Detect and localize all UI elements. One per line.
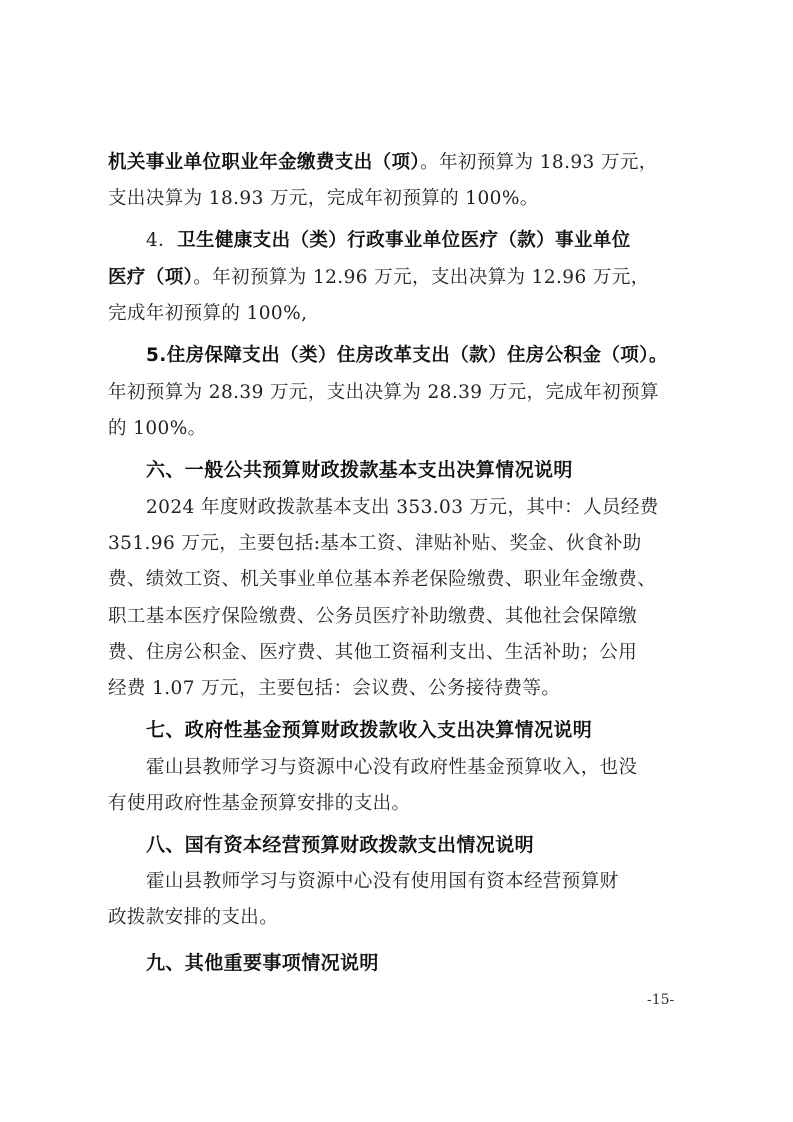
section-heading: 七、政府性基金预算财政拨款收入支出决算情况说明 xyxy=(146,718,592,742)
section-heading: 八、国有资本经营预算财政拨款支出情况说明 xyxy=(146,833,534,857)
text-line: 5.住房保障支出（类）住房改革支出（款）住房公积金（项）。 xyxy=(146,344,668,368)
text-line: 年初预算为 28.39 万元，支出决算为 28.39 万元，完成年初预算 xyxy=(108,381,659,405)
text-line: 费、住房公积金、医疗费、其他工资福利支出、生活补助；公用 xyxy=(108,641,637,665)
text-line: 机关事业单位职业年金缴费支出（项）。年初预算为 18.93 万元， xyxy=(108,151,658,175)
text-line: 351.96 万元，主要包括:基本工资、津贴补贴、奖金、伙食补助 xyxy=(108,532,642,556)
text-line: 医疗（项）。年初预算为 12.96 万元，支出决算为 12.96 万元， xyxy=(108,266,650,290)
text-line: 有使用政府性基金预算安排的支出。 xyxy=(108,792,410,816)
text-line: 职工基本医疗保险缴费、公务员医疗补助缴费、其他社会保障缴 xyxy=(108,605,637,629)
page-number: -15- xyxy=(647,992,674,1008)
text-line: 4．卫生健康支出（类）行政事业单位医疗（款）事业单位 xyxy=(146,229,631,253)
text-line: 霍山县教师学习与资源中心没有使用国有资本经营预算财 xyxy=(146,870,619,894)
text-line: 2024 年度财政拨款基本支出 353.03 万元，其中：人员经费 xyxy=(146,496,659,520)
section-heading: 六、一般公共预算财政拨款基本支出决算情况说明 xyxy=(146,458,573,482)
section-heading: 九、其他重要事项情况说明 xyxy=(146,951,379,975)
text-line: 经费 1.07 万元，主要包括：会议费、公务接待费等。 xyxy=(108,677,560,701)
text-line: 的 100%。 xyxy=(108,417,207,441)
text-line: 完成年初预算的 100%, xyxy=(108,302,307,326)
text-line: 政拨款安排的支出。 xyxy=(108,906,278,930)
text-line: 支出决算为 18.93 万元，完成年初预算的 100%。 xyxy=(108,187,539,211)
text-line: 费、绩效工资、机关事业单位基本养老保险缴费、职业年金缴费、 xyxy=(108,568,656,592)
text-line: 霍山县教师学习与资源中心没有政府性基金预算收入，也没 xyxy=(146,756,637,780)
